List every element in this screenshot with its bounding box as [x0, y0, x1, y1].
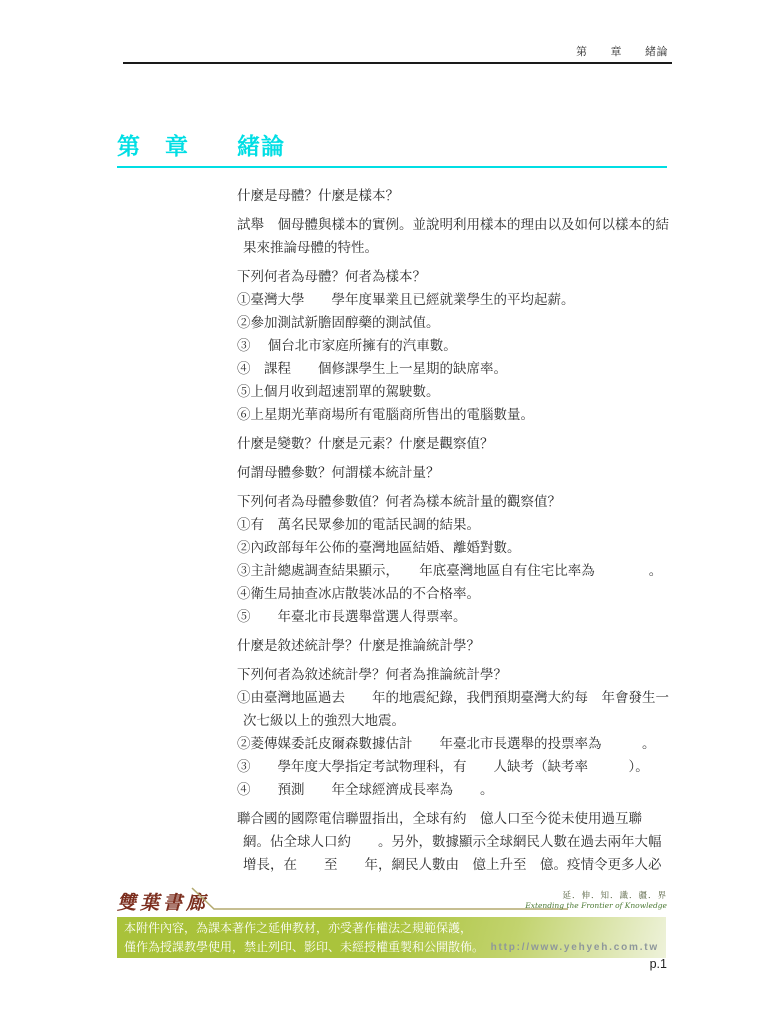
title-rule	[117, 166, 667, 168]
header-rule	[123, 62, 672, 64]
text-line: 次七級以上的強烈大地震。	[237, 709, 671, 732]
text-line: 什麼是變數？什麼是元素？什麼是觀察值？	[237, 432, 671, 455]
publisher-url-link[interactable]: http://www.yehyeh.com.tw	[491, 942, 659, 953]
text-line: 增長，在 至 年，網民人數由 億上升至 億。疫情令更多人必	[237, 853, 671, 876]
text-line: ②參加測試新膽固醇藥的測試值。	[237, 311, 671, 334]
text-line: 什麼是敘述統計學？什麼是推論統計學？	[237, 634, 671, 657]
page-title: 第 章 緒論	[117, 128, 285, 161]
text-line: ②內政部每年公佈的臺灣地區結婚、離婚對數。	[237, 536, 671, 559]
text-line: 何謂母體參數？何謂樣本統計量？	[237, 461, 671, 484]
text-line: ④ 預測 年全球經濟成長率為 。	[237, 778, 671, 801]
document-page: 第 章 緒論 第 章 緒論 什麼是母體？什麼是樣本？試舉 個母體與樣本的實例。並…	[0, 0, 768, 1024]
text-line: 下列何者為母體？何者為樣本？	[237, 265, 671, 288]
publisher-slogan-cjk: 延．伸．知．識．疆．界	[562, 889, 667, 901]
text-line: ⑤上個月收到超速罰單的駕駛數。	[237, 380, 671, 403]
text-line: ②菱傳媒委託皮爾森數據估計 年臺北市長選舉的投票率為 。	[237, 732, 671, 755]
body-text: 什麼是母體？什麼是樣本？試舉 個母體與樣本的實例。並說明利用樣本的理由以及如何以…	[237, 184, 671, 876]
page-number: p.1	[650, 957, 667, 971]
text-line: 下列何者為敘述統計學？何者為推論統計學？	[237, 663, 671, 686]
text-line: ④衛生局抽查冰店散裝冰品的不合格率。	[237, 582, 671, 605]
text-line: 試舉 個母體與樣本的實例。並說明利用樣本的理由以及如何以樣本的結	[237, 213, 671, 236]
text-line: 網。佔全球人口約 。另外，數據顯示全球網民人數在過去兩年大幅	[237, 830, 671, 853]
copyright-banner: 本附件內容，為課本著作之延伸教材，亦受著作權法之規範保護， 僅作為授課教學使用，…	[117, 917, 666, 958]
text-line: ①臺灣大學 學年度畢業且已經就業學生的平均起薪。	[237, 288, 671, 311]
text-line: 聯合國的國際電信聯盟指出，全球有約 億人口至今從未使用過互聯	[237, 807, 671, 830]
logo-flourish-line	[190, 886, 570, 912]
text-line: ①有 萬名民眾參加的電話民調的結果。	[237, 513, 671, 536]
text-line: ③主計總處調查結果顯示， 年底臺灣地區自有住宅比率為 。	[237, 559, 671, 582]
text-line: 下列何者為母體參數值？何者為樣本統計量的觀察值？	[237, 490, 671, 513]
text-line: ⑥上星期光華商場所有電腦商所售出的電腦數量。	[237, 403, 671, 426]
text-line: ④ 課程 個修課學生上一星期的缺席率。	[237, 357, 671, 380]
running-header: 第 章 緒論	[576, 43, 668, 59]
publisher-slogan-en: Extending the Frontier of Knowledge	[525, 901, 667, 910]
text-line: ⑤ 年臺北市長選舉當選人得票率。	[237, 605, 671, 628]
copyright-line-1: 本附件內容，為課本著作之延伸教材，亦受著作權法之規範保護，	[117, 917, 666, 938]
text-line: 什麼是母體？什麼是樣本？	[237, 184, 671, 207]
text-line: ③ 學年度大學指定考試物理科，有 人缺考（缺考率 ）。	[237, 755, 671, 778]
text-line: 果來推論母體的特性。	[237, 236, 671, 259]
text-line: ①由臺灣地區過去 年的地震紀錄，我們預期臺灣大約每 年會發生一	[237, 686, 671, 709]
text-line: ③ 個台北市家庭所擁有的汽車數。	[237, 334, 671, 357]
